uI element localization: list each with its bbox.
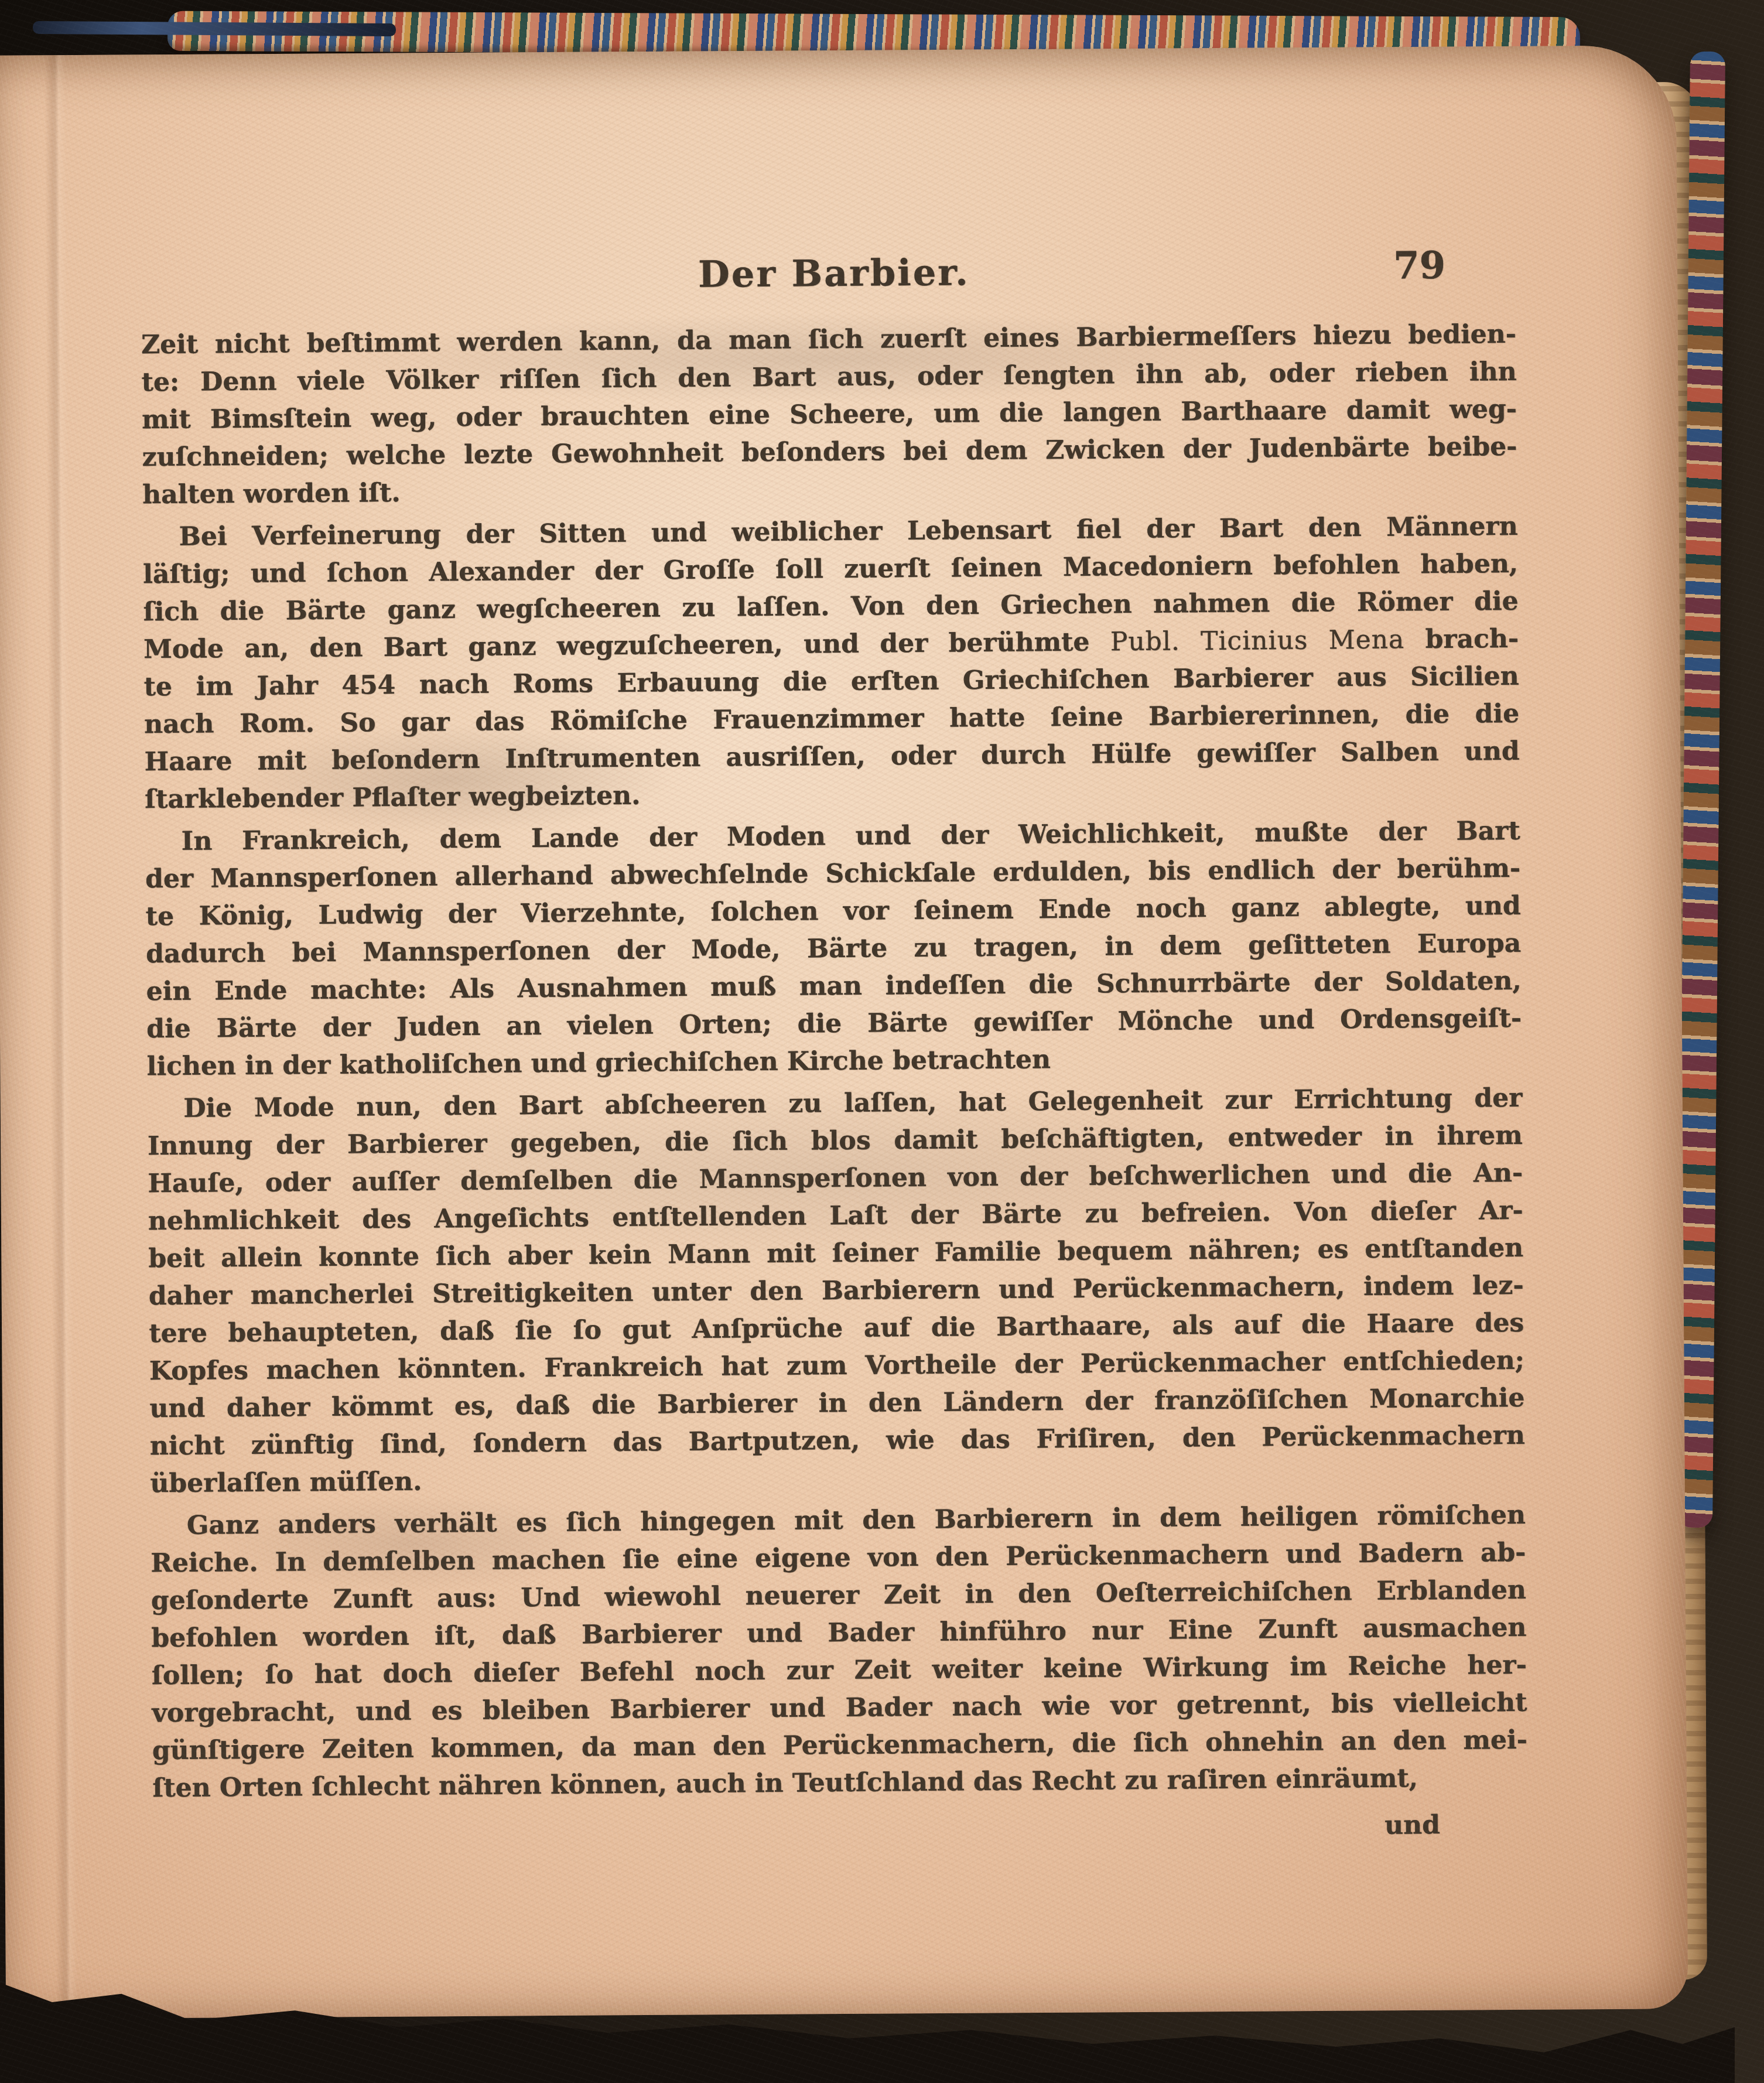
paragraph: In Frankreich, dem Lande der Moden und d…	[145, 812, 1522, 1085]
body-text: Zeit nicht beſtimmt werden kann, da man …	[141, 316, 1528, 1807]
antiqua-text: Publ. Ticinius Mena	[1110, 624, 1405, 657]
page-content: Der Barbier. 79 Zeit nicht beſtimmt werd…	[141, 247, 1528, 1850]
page-header: Der Barbier. 79	[141, 247, 1516, 326]
catchword: und	[153, 1809, 1528, 1850]
cover-board-edge	[33, 21, 396, 36]
book-page: Der Barbier. 79 Zeit nicht beſtimmt werd…	[0, 45, 1688, 2019]
paragraph: Zeit nicht beſtimmt werden kann, da man …	[141, 316, 1517, 514]
paragraph: Die Mode nun, den Bart abſcheeren zu laſ…	[147, 1080, 1525, 1503]
page-crease	[45, 55, 77, 2019]
paragraph: Ganz anders verhält es ſich hingegen mit…	[151, 1497, 1528, 1807]
running-title: Der Barbier.	[698, 251, 970, 296]
scanned-book-page: Der Barbier. 79 Zeit nicht beſtimmt werd…	[0, 0, 1764, 2083]
page-number: 79	[1393, 244, 1446, 288]
paragraph: Bei Verfeinerung der Sitten und weiblich…	[142, 508, 1520, 818]
